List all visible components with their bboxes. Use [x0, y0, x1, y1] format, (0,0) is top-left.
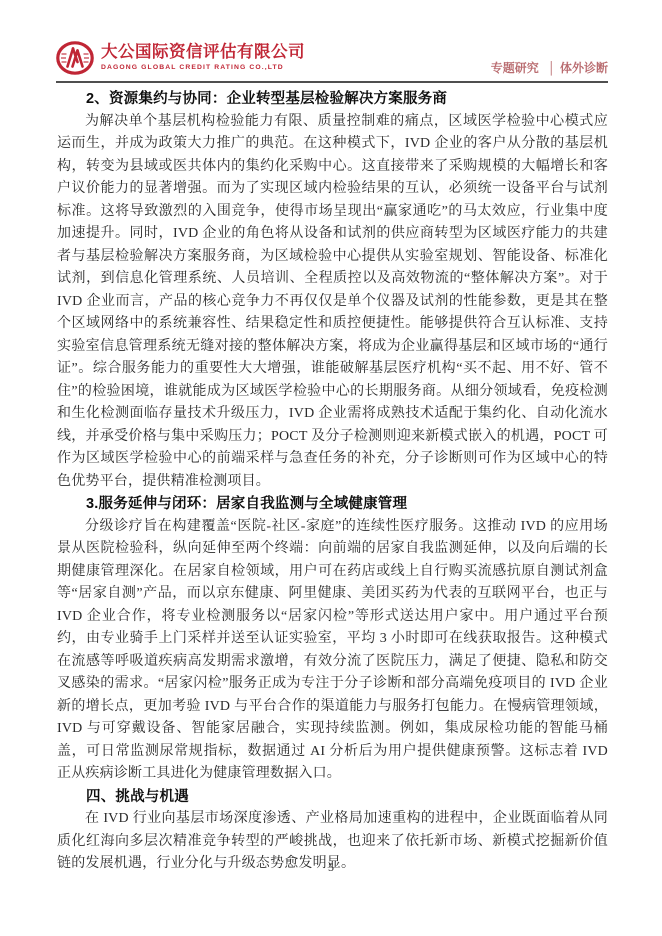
company-name-en: DAGONG GLOBAL CREDIT RATING CO.,LTD [101, 65, 305, 72]
company-logo: 大公国际资信评估有限公司 DAGONG GLOBAL CREDIT RATING… [56, 40, 305, 76]
company-name: 大公国际资信评估有限公司 [101, 44, 305, 61]
page-number: 5 [0, 860, 662, 875]
sector-label: 体外诊断 [560, 61, 608, 75]
section-3-heading: 3.服务延伸与闭环：居家自我监测与全域健康管理 [57, 493, 608, 516]
dagong-emblem-icon [56, 40, 94, 76]
section-2-paragraph: 为解决单个基层机构检验能力有限、质量控制难的痛点，区域医学检验中心模式应运而生，… [57, 111, 608, 494]
report-page: 大公国际资信评估有限公司 DAGONG GLOBAL CREDIT RATING… [0, 0, 662, 936]
section-4-heading: 四、挑战与机遇 [57, 786, 608, 809]
report-topic: 专题研究 │ 体外诊断 [491, 59, 608, 78]
document-body: 2、资源集约与协同：企业转型基层检验解决方案服务商 为解决单个基层机构检验能力有… [57, 88, 608, 876]
page-header: 大公国际资信评估有限公司 DAGONG GLOBAL CREDIT RATING… [56, 38, 608, 91]
topic-divider: │ [548, 61, 556, 75]
header-rule [56, 81, 608, 83]
section-2-heading: 2、资源集约与协同：企业转型基层检验解决方案服务商 [57, 88, 608, 111]
report-type-label: 专题研究 [491, 61, 539, 75]
section-3-paragraph: 分级诊疗旨在构建覆盖“医院-社区-家庭”的连续性医疗服务。这推动 IVD 的应用… [57, 516, 608, 786]
